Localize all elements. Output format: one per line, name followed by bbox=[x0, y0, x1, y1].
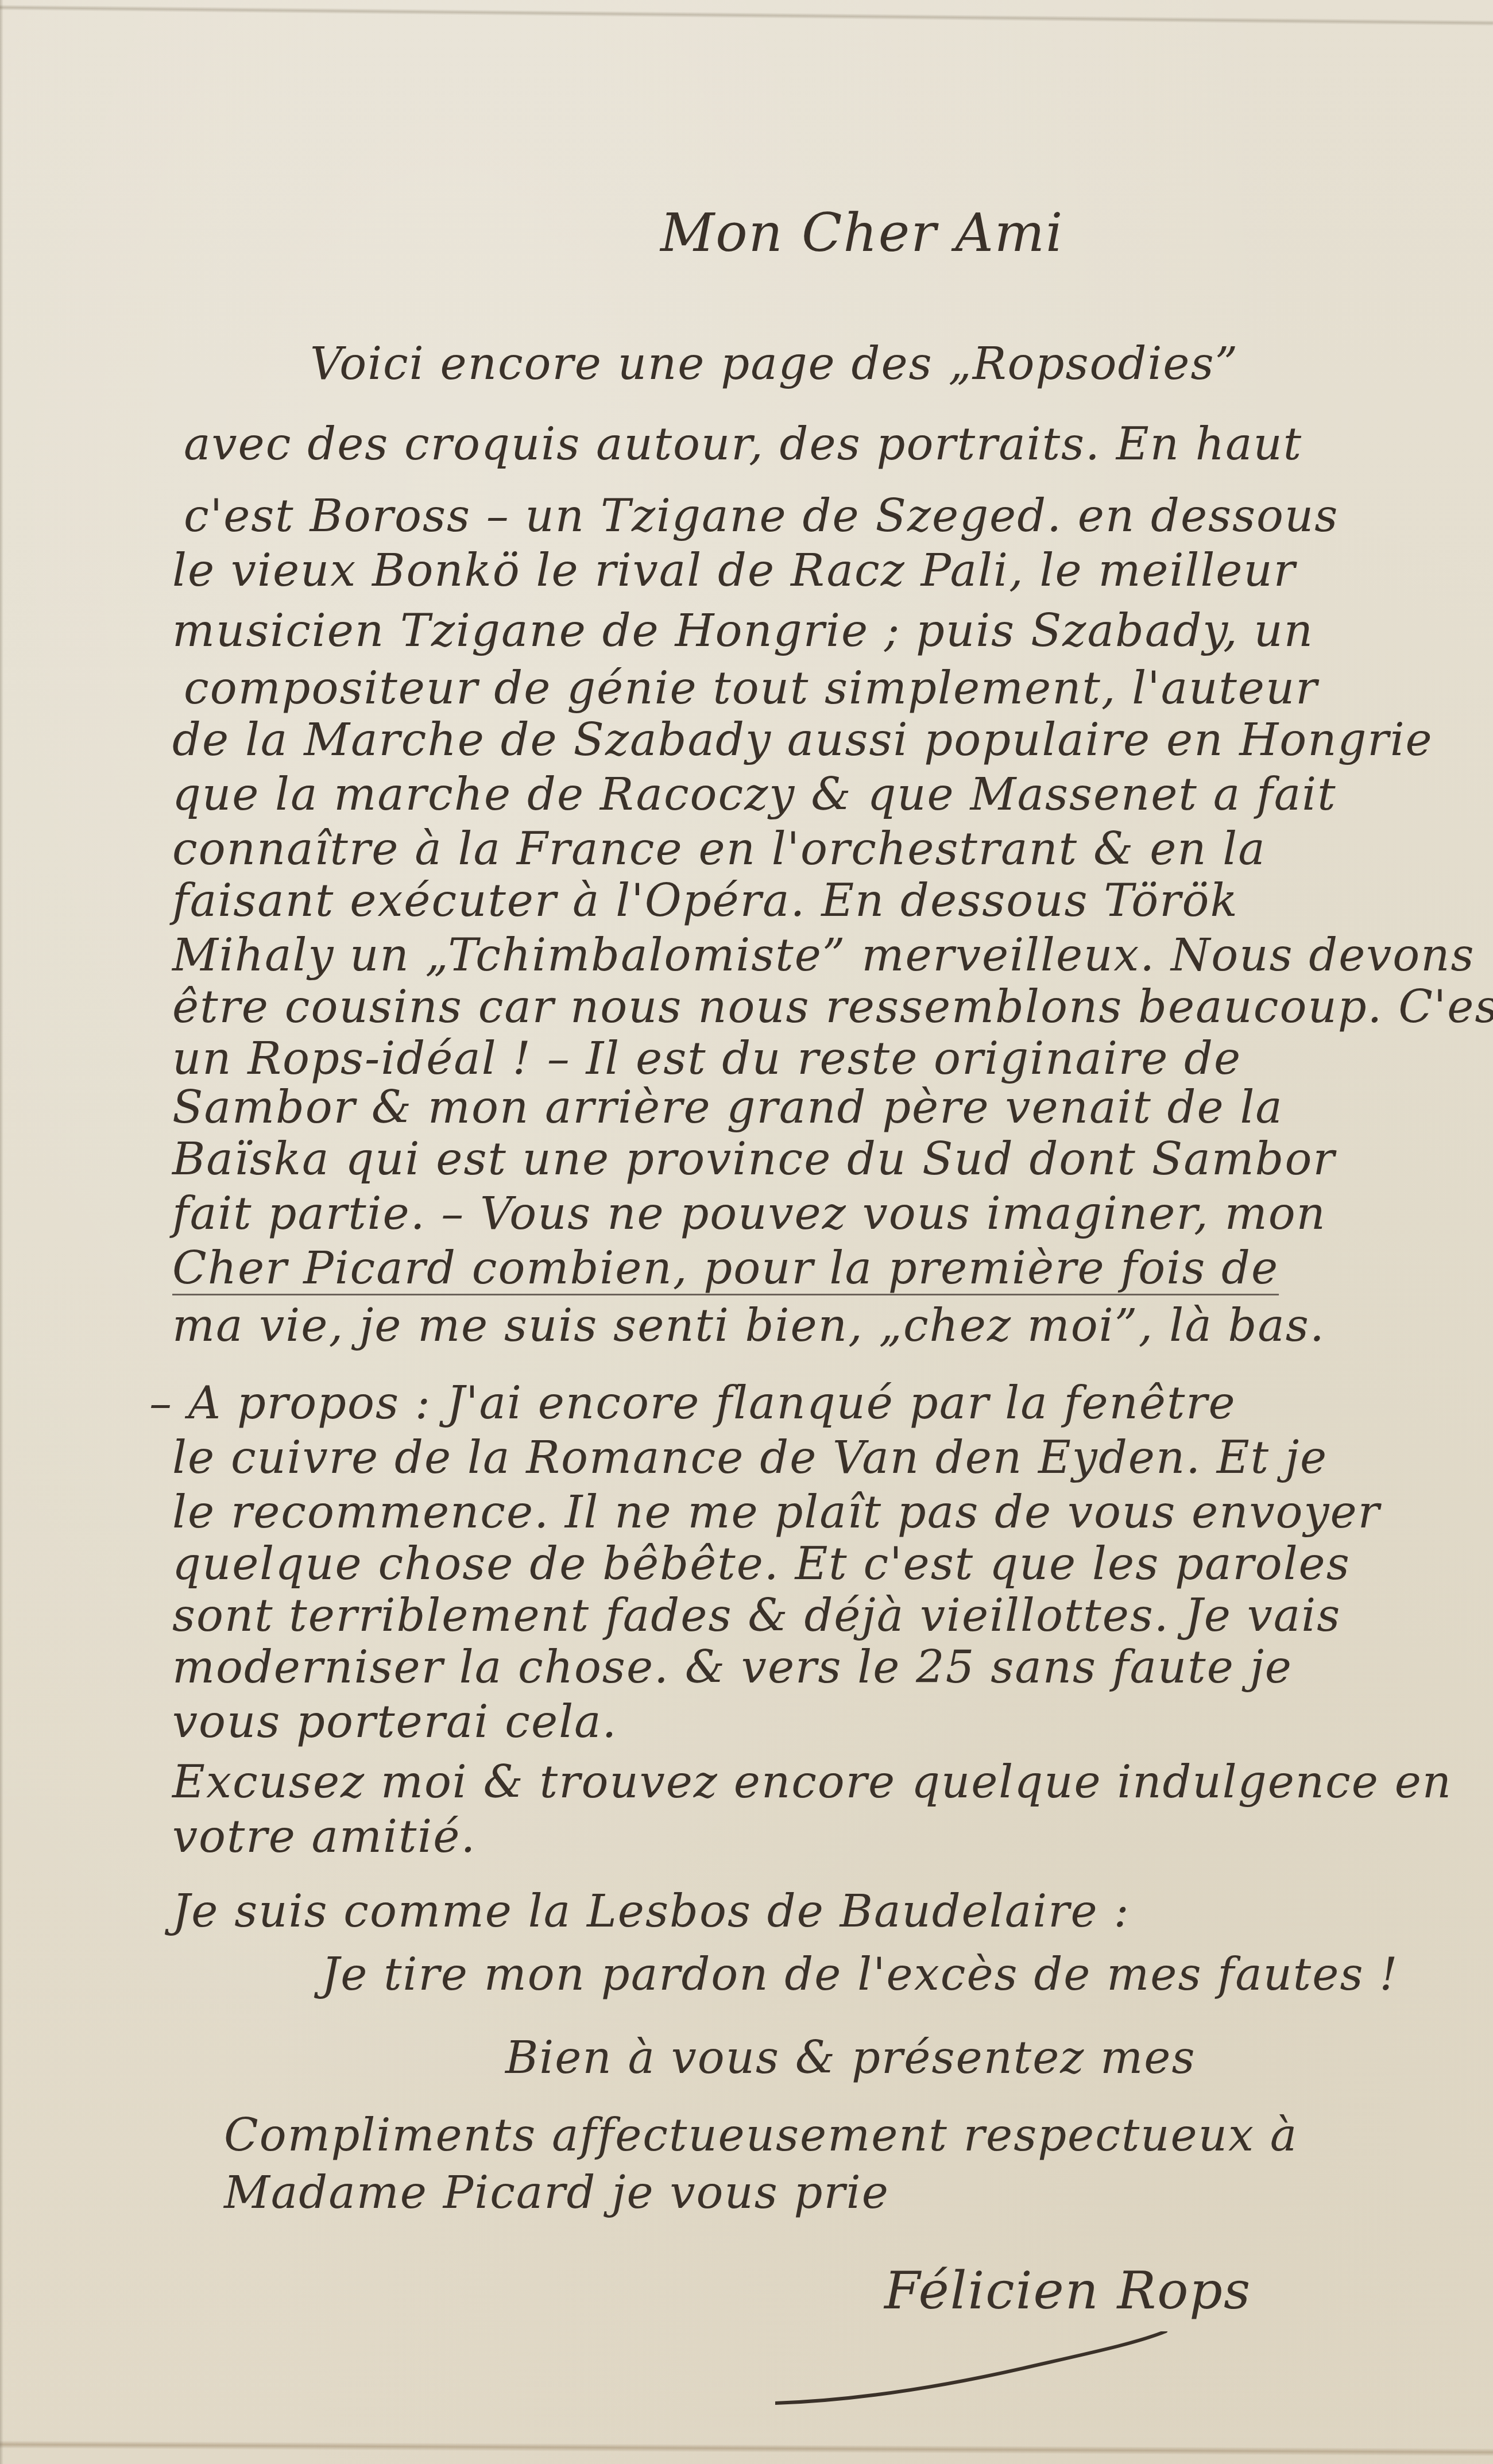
signature: Félicien Rops bbox=[884, 2265, 1251, 2317]
salutation: Mon Cher Ami bbox=[660, 207, 1064, 260]
body-line: le vieux Bonkö le rival de Racz Pali, le… bbox=[172, 548, 1296, 593]
body-line: Sambor & mon arrière grand père venait d… bbox=[172, 1085, 1283, 1130]
body-line: connaître à la France en l'orchestrant &… bbox=[172, 827, 1266, 872]
body-line: quelque chose de bêbête. Et c'est que le… bbox=[172, 1542, 1351, 1587]
body-line: moderniser la chose. & vers le 25 sans f… bbox=[172, 1645, 1293, 1690]
paper-left-edge bbox=[0, 0, 3, 2464]
body-line: sont terriblement fades & déjà vieillott… bbox=[172, 1593, 1341, 1638]
body-line: avec des croquis autour, des portraits. … bbox=[184, 422, 1302, 467]
body-line: un Rops-idéal ! – Il est du reste origin… bbox=[172, 1036, 1241, 1081]
body-line: c'est Boross – un Tzigane de Szeged. en … bbox=[184, 494, 1339, 539]
body-line: musicien Tzigane de Hongrie ; puis Szaba… bbox=[172, 609, 1314, 653]
body-line-part: Mihaly un „Tchimbalomiste” merveilleux. … bbox=[172, 930, 1475, 981]
body-line: votre amitié. bbox=[172, 1815, 476, 1859]
body-line: le cuivre de la Romance de Van den Eyden… bbox=[172, 1436, 1328, 1480]
body-line: le recommence. Il ne me plaît pas de vou… bbox=[172, 1490, 1380, 1535]
body-line: de la Marche de Szabady aussi populaire … bbox=[172, 718, 1433, 763]
baudelaire-quote: Je tire mon pardon de l'excès de mes fau… bbox=[322, 1952, 1399, 1997]
body-line: faisant exécuter à l'Opéra. En dessous T… bbox=[172, 879, 1239, 923]
body-line: être cousins car nous nous ressemblons b… bbox=[172, 985, 1493, 1030]
body-line-underlined: Cher Picard combien, pour la première fo… bbox=[172, 1246, 1279, 1291]
closing-line: Compliments affectueusement respectueux … bbox=[224, 2113, 1298, 2158]
body-line: Excusez moi & trouvez encore quelque ind… bbox=[172, 1760, 1452, 1805]
body-line: vous porterai cela. bbox=[172, 1700, 617, 1744]
body-line: fait partie. – Vous ne pouvez vous imagi… bbox=[172, 1192, 1326, 1236]
body-line: Je suis comme la Lesbos de Baudelaire : bbox=[172, 1889, 1130, 1934]
body-line: ma vie, je me suis senti bien, „chez moi… bbox=[172, 1303, 1325, 1348]
body-line: Voici encore une page des „Ropsodies” bbox=[310, 342, 1239, 386]
body-line: Mihaly un „Tchimbalomiste” merveilleux. … bbox=[172, 933, 1475, 978]
closing-line: Bien à vous & présentez mes bbox=[505, 2036, 1196, 2080]
body-line: compositeur de génie tout simplement, l'… bbox=[184, 666, 1318, 711]
closing-line: Madame Picard je vous prie bbox=[224, 2171, 889, 2215]
body-line: que la marche de Racoczy & que Massenet … bbox=[172, 772, 1337, 817]
body-line: Baïska qui est une province du Sud dont … bbox=[172, 1137, 1336, 1182]
body-line: – A propos : J'ai encore flanqué par la … bbox=[149, 1381, 1236, 1426]
signature-flourish-icon bbox=[775, 2331, 1177, 2423]
